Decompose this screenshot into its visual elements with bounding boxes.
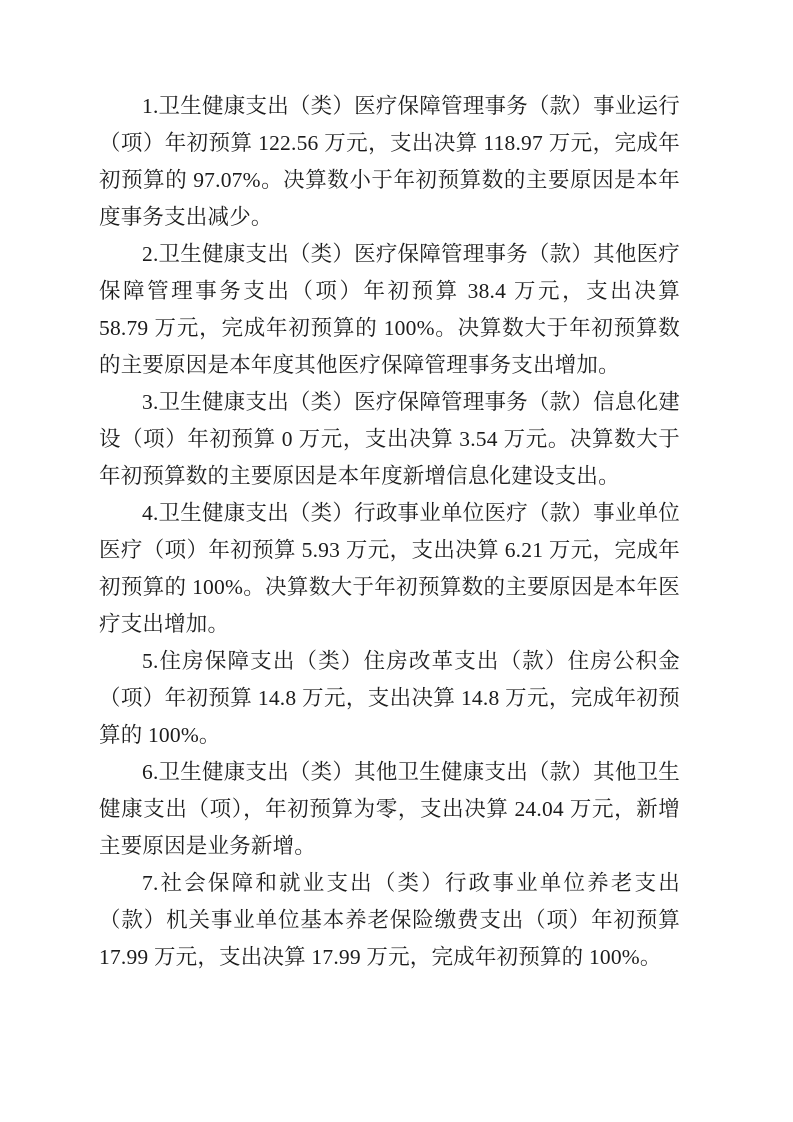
document-body: 1.卫生健康支出（类）医疗保障管理事务（款）事业运行（项）年初预算 122.56… [99,88,680,976]
paragraph-item-6-other-health: 6.卫生健康支出（类）其他卫生健康支出（款）其他卫生健康支出（项），年初预算为零… [99,754,680,865]
paragraph-item-7-pension-contribution: 7.社会保障和就业支出（类）行政事业单位养老支出（款）机关事业单位基本养老保险缴… [99,865,680,976]
paragraph-item-4-institution-medical: 4.卫生健康支出（类）行政事业单位医疗（款）事业单位医疗（项）年初预算 5.93… [99,495,680,643]
document-page: 1.卫生健康支出（类）医疗保障管理事务（款）事业运行（项）年初预算 122.56… [0,0,793,1122]
paragraph-item-2-other-medical-admin: 2.卫生健康支出（类）医疗保障管理事务（款）其他医疗保障管理事务支出（项）年初预… [99,236,680,384]
paragraph-item-5-housing-fund: 5.住房保障支出（类）住房改革支出（款）住房公积金（项）年初预算 14.8 万元… [99,643,680,754]
paragraph-item-3-informatization: 3.卫生健康支出（类）医疗保障管理事务（款）信息化建设（项）年初预算 0 万元，… [99,384,680,495]
paragraph-item-1-health-admin-operations: 1.卫生健康支出（类）医疗保障管理事务（款）事业运行（项）年初预算 122.56… [99,88,680,236]
